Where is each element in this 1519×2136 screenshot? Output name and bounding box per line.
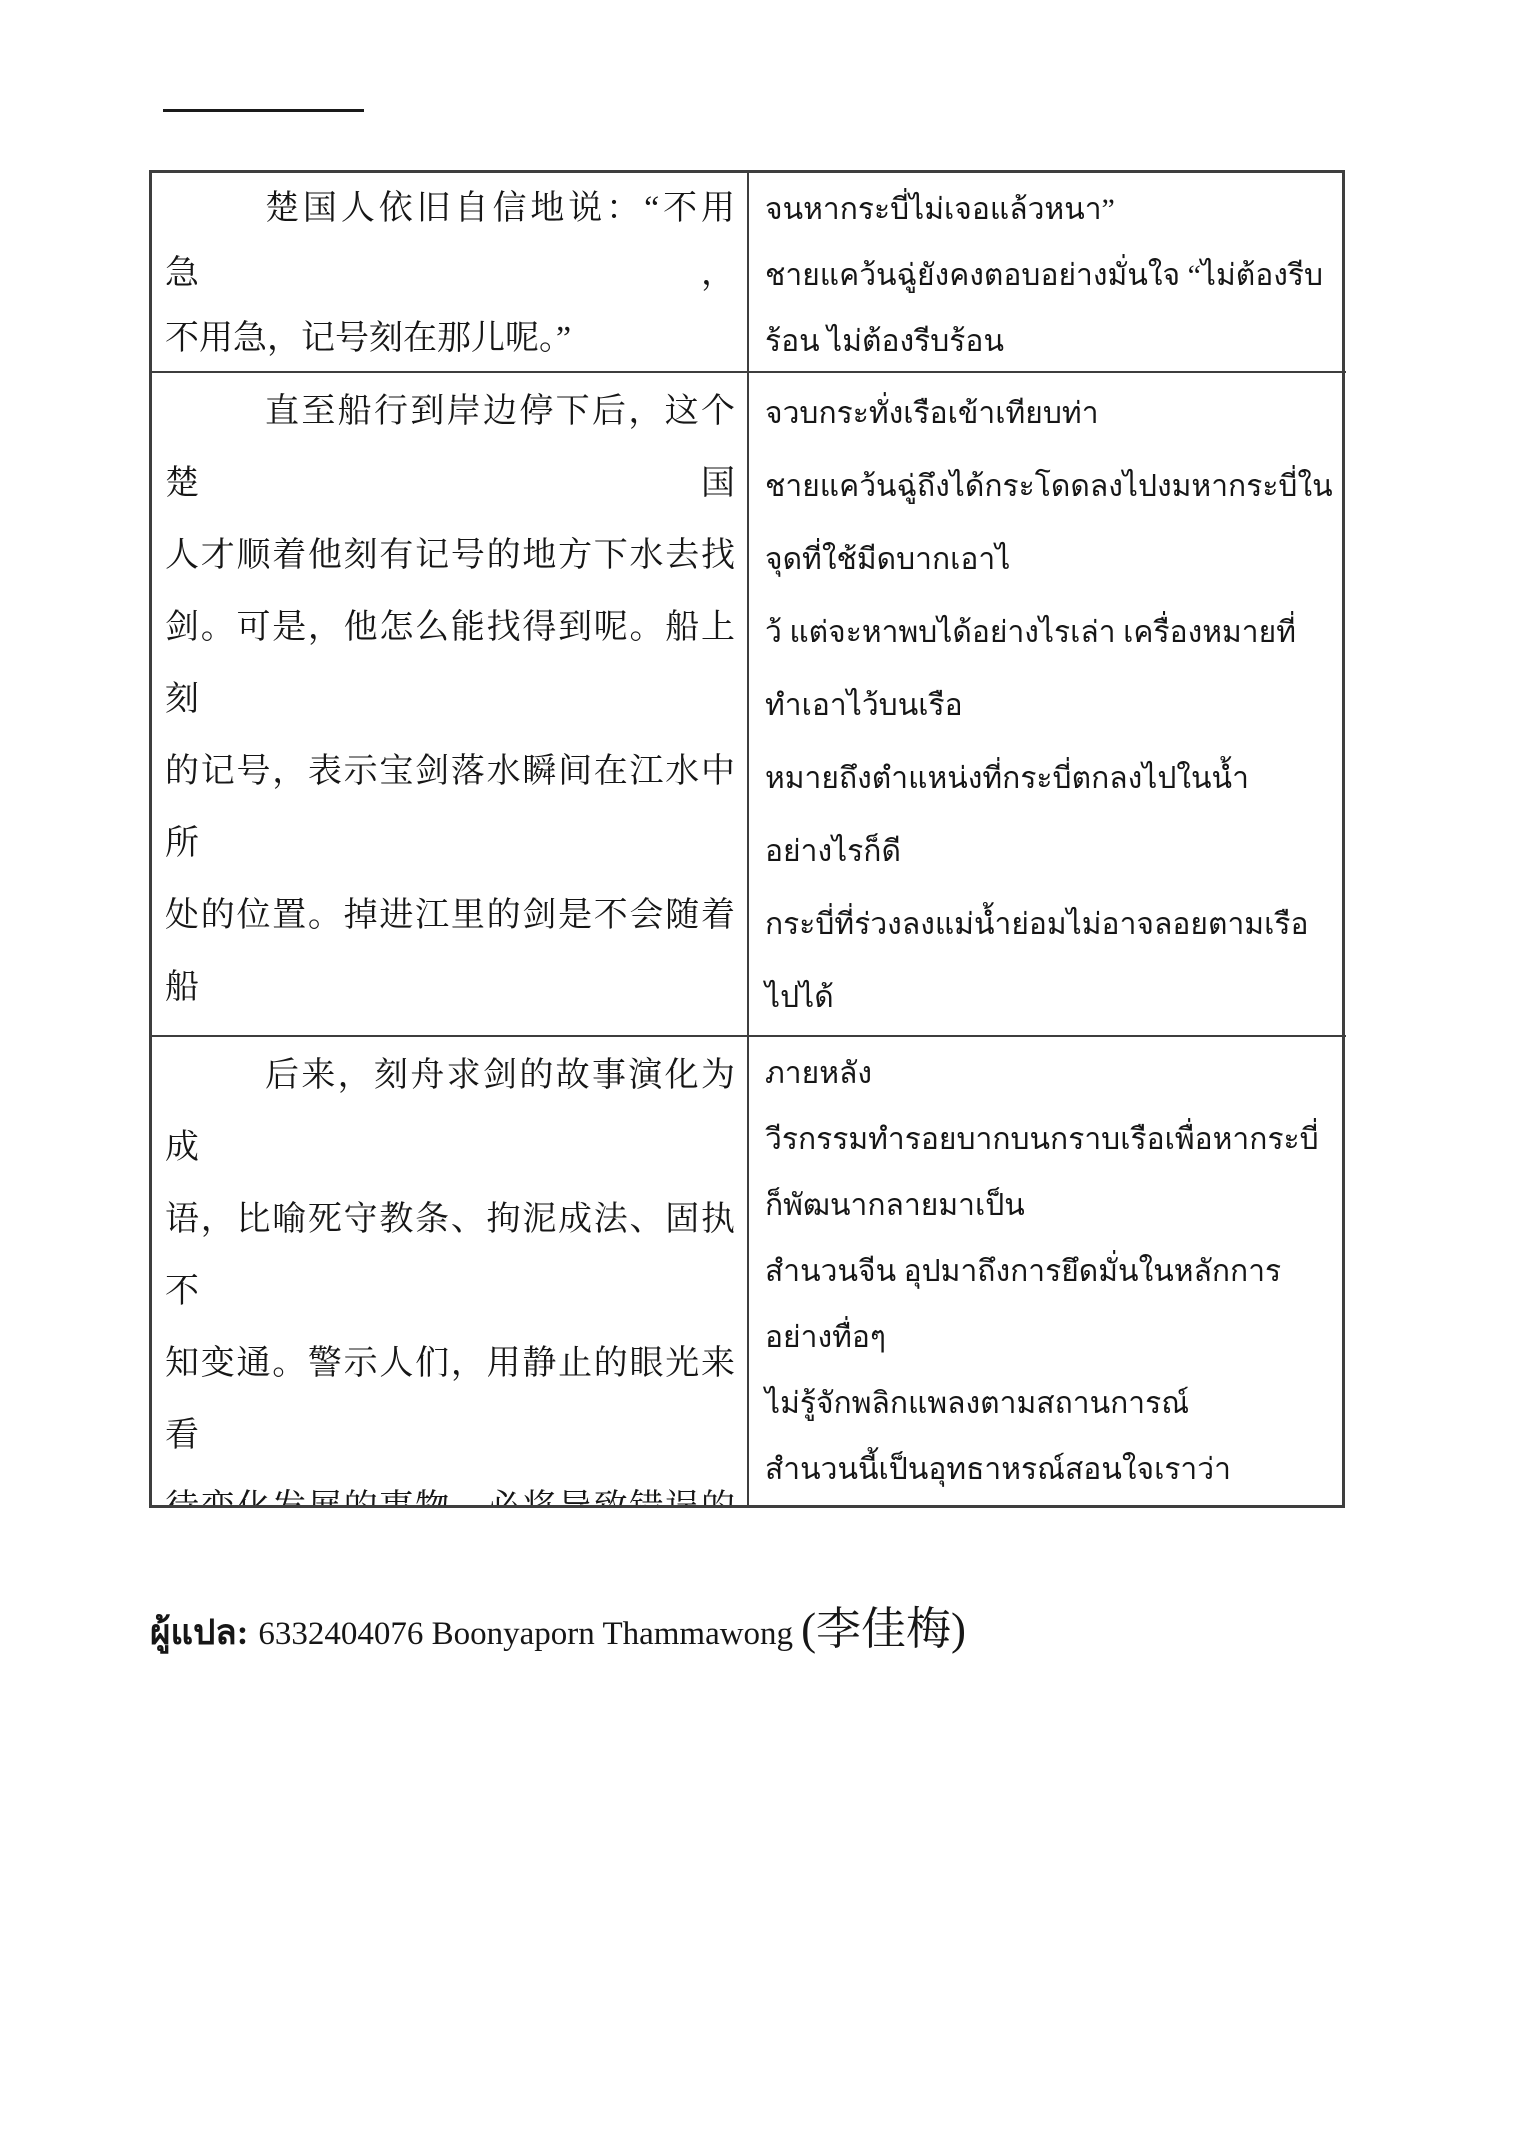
thai-translation-cell-row2: จวบกระทั่งเรือเข้าเทียบท่า ชายแคว้นฉู่ถึ… <box>749 373 1346 1037</box>
header-rule-line <box>163 109 364 112</box>
thai-line: สำนวนจีน อุปมาถึงการยึดมั่นในหลักการอย่า… <box>765 1239 1336 1371</box>
thai-translation-cell-row1: จนหากระบี่ไม่เจอแล้วหนา” ชายแคว้นฉู่ยังค… <box>749 173 1346 373</box>
thai-line: ชายแคว้นฉู่ยังคงตอบอย่างมั่นใจ “ไม่ต้องร… <box>765 243 1336 373</box>
thai-translation-cell-row3: ภายหลัง วีรกรรมทำรอยบากบนกราบเรือเพื่อหา… <box>749 1037 1346 1505</box>
chinese-line: 知变通。警示人们，用静止的眼光来看 <box>165 1328 735 1472</box>
translator-chinese-name: (李佳梅) <box>801 1604 966 1654</box>
translator-footer: ผู้แปล:6332404076 Boonyaporn Thammawong(… <box>150 1592 966 1660</box>
chinese-source-cell-row3: 后来，刻舟求剑的故事演化为成 语，比喻死守教条、拘泥成法、固执不 知变通。警示人… <box>152 1037 749 1505</box>
thai-line: วีรกรรมทำรอยบากบนกราบเรือเพื่อหากระบี่ก็… <box>765 1107 1336 1239</box>
chinese-line: 待变化发展的事物，必将导致错误的判 <box>165 1472 735 1505</box>
thai-line: ว้ แต่จะหาพบได้อย่างไรเล่า เครื่องหมายที… <box>765 596 1336 742</box>
document-page: 楚国人依旧自信地说：“不用急， 不用急，记号刻在那儿呢。” จนหากระบี่… <box>0 0 1519 2136</box>
translator-label: ผู้แปล: <box>150 1613 248 1652</box>
thai-line: หมายถึงตำแหน่งที่กระบี่ตกลงไปในน้ำ อย่าง… <box>765 742 1336 888</box>
chinese-line: 人才顺着他刻有记号的地方下水去找 <box>165 520 735 592</box>
thai-line: ภายหลัง <box>765 1041 1336 1107</box>
thai-line: ชายแคว้นฉู่ถึงได้กระโดดลงไปงมหากระบี่ในจ… <box>765 450 1336 596</box>
translator-name: 6332404076 Boonyaporn Thammawong <box>258 1616 793 1652</box>
thai-line: จวบกระทั่งเรือเข้าเทียบท่า <box>765 377 1336 450</box>
chinese-line: 楚国人依旧自信地说：“不用急， <box>165 176 735 306</box>
chinese-line: 处的位置。掉进江里的剑是不会随着船 <box>165 880 735 1024</box>
chinese-source-cell-row1: 楚国人依旧自信地说：“不用急， 不用急，记号刻在那儿呢。” <box>152 173 749 373</box>
chinese-source-cell-row2: 直至船行到岸边停下后，这个楚国 人才顺着他刻有记号的地方下水去找 剑。可是，他怎… <box>152 373 749 1037</box>
translation-table: 楚国人依旧自信地说：“不用急， 不用急，记号刻在那儿呢。” จนหากระบี่… <box>149 170 1345 1508</box>
chinese-line: 后来，刻舟求剑的故事演化为成 <box>165 1040 735 1184</box>
thai-line: ไม่รู้จักพลิกแพลงตามสถานการณ์ <box>765 1371 1336 1437</box>
chinese-line: 语，比喻死守教条、拘泥成法、固执不 <box>165 1184 735 1328</box>
thai-line: สำนวนนี้เป็นอุทธาหรณ์สอนใจเราว่า <box>765 1437 1336 1503</box>
chinese-line: 直至船行到岸边停下后，这个楚国 <box>165 376 735 520</box>
chinese-line: 不用急，记号刻在那儿呢。” <box>165 306 735 371</box>
thai-line: การมองเหตุการณ์ที่เปลี่ยนแปลงไปเรื่อยๆ <box>765 1503 1336 1505</box>
chinese-line: 剑。可是，他怎么能找得到呢。船上刻 <box>165 592 735 736</box>
thai-line: จนหากระบี่ไม่เจอแล้วหนา” <box>765 177 1336 243</box>
thai-line: กระบี่ที่ร่วงลงแม่น้ำย่อมไม่อาจลอยตามเรื… <box>765 888 1336 1034</box>
chinese-line: 的记号，表示宝剑落水瞬间在江水中所 <box>165 736 735 880</box>
chinese-line: 行走的，而船和船舷上的记号却在不停 <box>165 1024 735 1037</box>
